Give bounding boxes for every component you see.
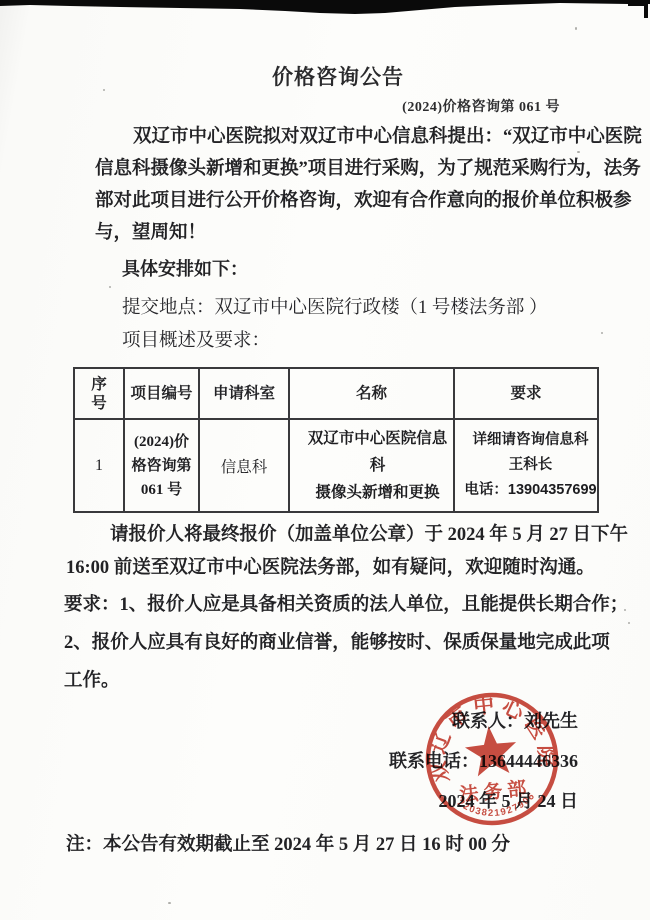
contact-phone-line: 联系电话：13644446336 <box>389 747 578 773</box>
cell-project-no: (2024)价 格咨询第 061 号 <box>124 419 199 512</box>
requirements-line-2: 2、报价人应具有良好的商业信誉，能够按时、保质保量地完成此项 <box>64 628 610 654</box>
intro-line: 部对此项目进行公开价格咨询，欢迎有合作意向的报价单位积极参 <box>95 185 615 217</box>
scan-speck <box>109 286 111 288</box>
project-table: 序 号 项目编号 申请科室 名称 要求 1 (2024)价 格咨询第 061 号… <box>73 367 599 513</box>
table-header-name: 名称 <box>289 368 454 419</box>
requirements-line-1: 要求：1、报价人应是具备相关资质的法人单位，且能提供长期合作； <box>64 590 628 616</box>
table-header-project-no: 项目编号 <box>124 368 199 419</box>
signature-date: 2024 年 5 月 24 日 <box>439 787 579 813</box>
deadline-paragraph: 请报价人将最终报价（加盖单位公章）于 2024 年 5 月 27 日下午 16:… <box>66 519 606 585</box>
intro-line: 与，望周知！ <box>95 217 615 249</box>
section-heading: 具体安排如下： <box>122 255 248 281</box>
table-header-row: 序 号 项目编号 申请科室 名称 要求 <box>74 368 598 419</box>
intro-line: 双辽市中心医院拟对双辽市中心信息科提出：“双辽市中心医院 <box>95 121 615 153</box>
scan-speck <box>168 902 171 904</box>
deadline-line: 16:00 前送至双辽市中心医院法务部，如有疑问，欢迎随时沟通。 <box>66 552 606 585</box>
submit-location-line: 提交地点：双辽市中心医院行政楼（1 号楼法务部 ） <box>122 293 548 319</box>
table-header-dept: 申请科室 <box>199 368 289 419</box>
doc-number: (2024)价格咨询第 061 号 <box>402 96 560 116</box>
cell-requirement: 详细请咨询信息科 王科长 电话：13904357699 <box>454 419 598 512</box>
scanned-document-page: 价格咨询公告 (2024)价格咨询第 061 号 双辽市中心医院拟对双辽市中心信… <box>0 0 650 920</box>
scan-artifact-top-band <box>0 0 650 20</box>
requirements-text-1: 1、报价人应是具备相关资质的法人单位，且能提供长期合作； <box>120 595 629 615</box>
cell-dept: 信息科 <box>199 419 289 512</box>
intro-paragraph: 双辽市中心医院拟对双辽市中心信息科提出：“双辽市中心医院 信息科摄像头新增和更换… <box>95 121 615 249</box>
page-title: 价格咨询公告 <box>238 61 438 91</box>
requirements-line-3: 工作。 <box>64 666 120 692</box>
table-header-seq: 序 号 <box>74 368 124 419</box>
scan-speck <box>601 332 603 334</box>
deadline-line: 请报价人将最终报价（加盖单位公章）于 2024 年 5 月 27 日下午 <box>66 519 606 552</box>
requirements-label: 要求： <box>64 593 120 614</box>
cell-name: 双辽市中心医院信息科 摄像头新增和更换 <box>289 419 454 512</box>
intro-line: 信息科摄像头新增和更换”项目进行采购，为了规范采购行为，法务 <box>95 153 615 185</box>
scan-speck <box>575 27 577 30</box>
contact-person-line: 联系人：刘先生 <box>452 707 578 733</box>
cell-seq: 1 <box>74 419 124 512</box>
table-header-requirement: 要求 <box>454 368 598 419</box>
scan-speck <box>103 89 105 91</box>
scan-speck <box>628 622 630 624</box>
table-row: 1 (2024)价 格咨询第 061 号 信息科 双辽市中心医院信息科 摄像头新… <box>74 419 598 512</box>
validity-note: 注：本公告有效期截止至 2024 年 5 月 27 日 16 时 00 分 <box>66 830 510 856</box>
overview-heading: 项目概述及要求： <box>122 326 270 352</box>
